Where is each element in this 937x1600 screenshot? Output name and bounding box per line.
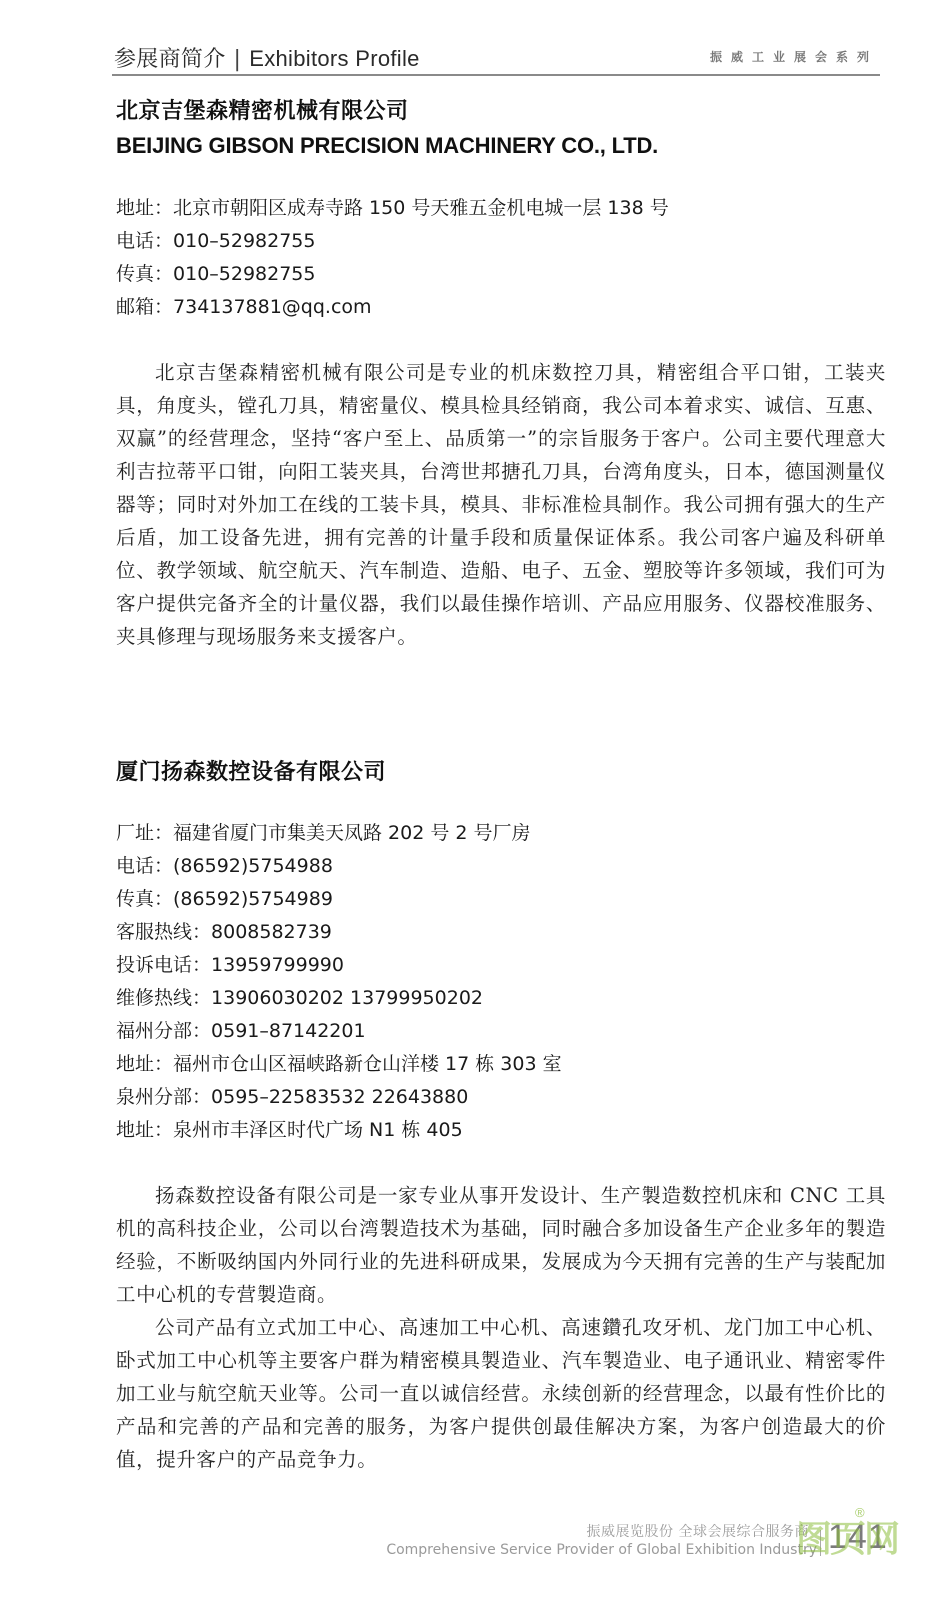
company-description: 扬森数控设备有限公司是一家专业从事开发设计、生产製造数控机床和 CNC 工具机的… xyxy=(116,1179,886,1311)
contact-label: 厂址： xyxy=(116,822,173,844)
section-title-cn: 参展商简介 xyxy=(114,47,226,72)
watermark-logo: 图页网 xyxy=(796,1518,928,1562)
contact-value: 福州市仓山区福峡路新仓山洋楼 17 栋 303 室 xyxy=(173,1053,562,1075)
contact-value: 13906030202 13799950202 xyxy=(211,987,483,1009)
contact-value: (86592)5754988 xyxy=(173,855,333,877)
contact-value: 734137881@qq.com xyxy=(173,296,372,318)
company-products: 公司产品有立式加工中心、高速加工中心机、高速鑽孔攻牙机、龙门加工中心机、卧式加工… xyxy=(116,1311,886,1476)
footer-tagline-en: Comprehensive Service Provider of Global… xyxy=(386,1542,817,1558)
contact-value: 0595–22583532 22643880 xyxy=(211,1086,468,1108)
contact-label: 维修热线： xyxy=(116,987,211,1009)
contact-phone: 电话：010–52982755 xyxy=(116,225,886,258)
contact-repair-hotline: 维修热线：13906030202 13799950202 xyxy=(116,982,886,1015)
registered-mark-icon: ® xyxy=(855,1505,865,1520)
series-label: 振威工业展会系列 xyxy=(710,48,878,65)
contact-label: 客服热线： xyxy=(116,921,211,943)
contact-phone: 电话：(86592)5754988 xyxy=(116,850,886,883)
contact-label: 地址： xyxy=(116,1119,173,1141)
contact-label: 地址： xyxy=(116,1053,173,1075)
contact-label: 邮箱： xyxy=(116,296,173,318)
company-name-cn: 厦门扬森数控设备有限公司 xyxy=(116,757,886,789)
contact-label: 福州分部： xyxy=(116,1020,211,1042)
page-header: 参展商简介|Exhibitors Profile 振威工业展会系列 xyxy=(112,38,880,76)
contact-label: 传真： xyxy=(116,888,173,910)
contact-address: 地址：北京市朝阳区成寿寺路 150 号天雅五金机电城一层 138 号 xyxy=(116,192,886,225)
contact-value: 北京市朝阳区成寿寺路 150 号天雅五金机电城一层 138 号 xyxy=(173,197,669,219)
contact-label: 电话： xyxy=(116,230,173,252)
company-profile-beijing-gibson: 北京吉堡森精密机械有限公司 BEIJING GIBSON PRECISION M… xyxy=(116,96,886,653)
contact-list: 地址：北京市朝阳区成寿寺路 150 号天雅五金机电城一层 138 号 电话：01… xyxy=(116,192,886,324)
contact-complaint-phone: 投诉电话：13959799990 xyxy=(116,949,886,982)
contact-label: 投诉电话： xyxy=(116,954,211,976)
contact-label: 地址： xyxy=(116,197,173,219)
contact-email: 邮箱：734137881@qq.com xyxy=(116,291,886,324)
contact-value: 010–52982755 xyxy=(173,263,315,285)
contact-value: 0591–87142201 xyxy=(211,1020,366,1042)
contact-quanzhou-address: 地址：泉州市丰泽区时代广场 N1 栋 405 xyxy=(116,1114,886,1147)
contact-value: 泉州市丰泽区时代广场 N1 栋 405 xyxy=(173,1119,463,1141)
contact-value: 010–52982755 xyxy=(173,230,315,252)
contact-label: 传真： xyxy=(116,263,173,285)
contact-list: 厂址：福建省厦门市集美天凤路 202 号 2 号厂房 电话：(86592)575… xyxy=(116,817,886,1147)
contact-label: 泉州分部： xyxy=(116,1086,211,1108)
contact-fuzhou-address: 地址：福州市仓山区福峡路新仓山洋楼 17 栋 303 室 xyxy=(116,1048,886,1081)
contact-value: (86592)5754989 xyxy=(173,888,333,910)
contact-value: 13959799990 xyxy=(211,954,344,976)
contact-service-hotline: 客服热线：8008582739 xyxy=(116,916,886,949)
footer-tagline-cn: 振威展览股份 全球会展综合服务商 xyxy=(587,1521,809,1541)
company-profile-xiamen-yangsen: 厦门扬森数控设备有限公司 厂址：福建省厦门市集美天凤路 202 号 2 号厂房 … xyxy=(116,757,886,1476)
contact-fax: 传真：(86592)5754989 xyxy=(116,883,886,916)
section-title: 参展商简介|Exhibitors Profile xyxy=(114,42,420,73)
company-description: 北京吉堡森精密机械有限公司是专业的机床数控刀具，精密组合平口钳，工装夹具，角度头… xyxy=(116,356,886,653)
contact-value: 福建省厦门市集美天凤路 202 号 2 号厂房 xyxy=(173,822,531,844)
header-separator: | xyxy=(234,47,242,72)
company-name-cn: 北京吉堡森精密机械有限公司 xyxy=(116,96,886,128)
contact-factory-address: 厂址：福建省厦门市集美天凤路 202 号 2 号厂房 xyxy=(116,817,886,850)
contact-label: 电话： xyxy=(116,855,173,877)
section-title-en: Exhibitors Profile xyxy=(249,46,419,71)
contact-fax: 传真：010–52982755 xyxy=(116,258,886,291)
contact-fuzhou-branch: 福州分部：0591–87142201 xyxy=(116,1015,886,1048)
contact-value: 8008582739 xyxy=(211,921,332,943)
company-name-en: BEIJING GIBSON PRECISION MACHINERY CO., … xyxy=(116,128,886,164)
contact-quanzhou-branch: 泉州分部：0595–22583532 22643880 xyxy=(116,1081,886,1114)
